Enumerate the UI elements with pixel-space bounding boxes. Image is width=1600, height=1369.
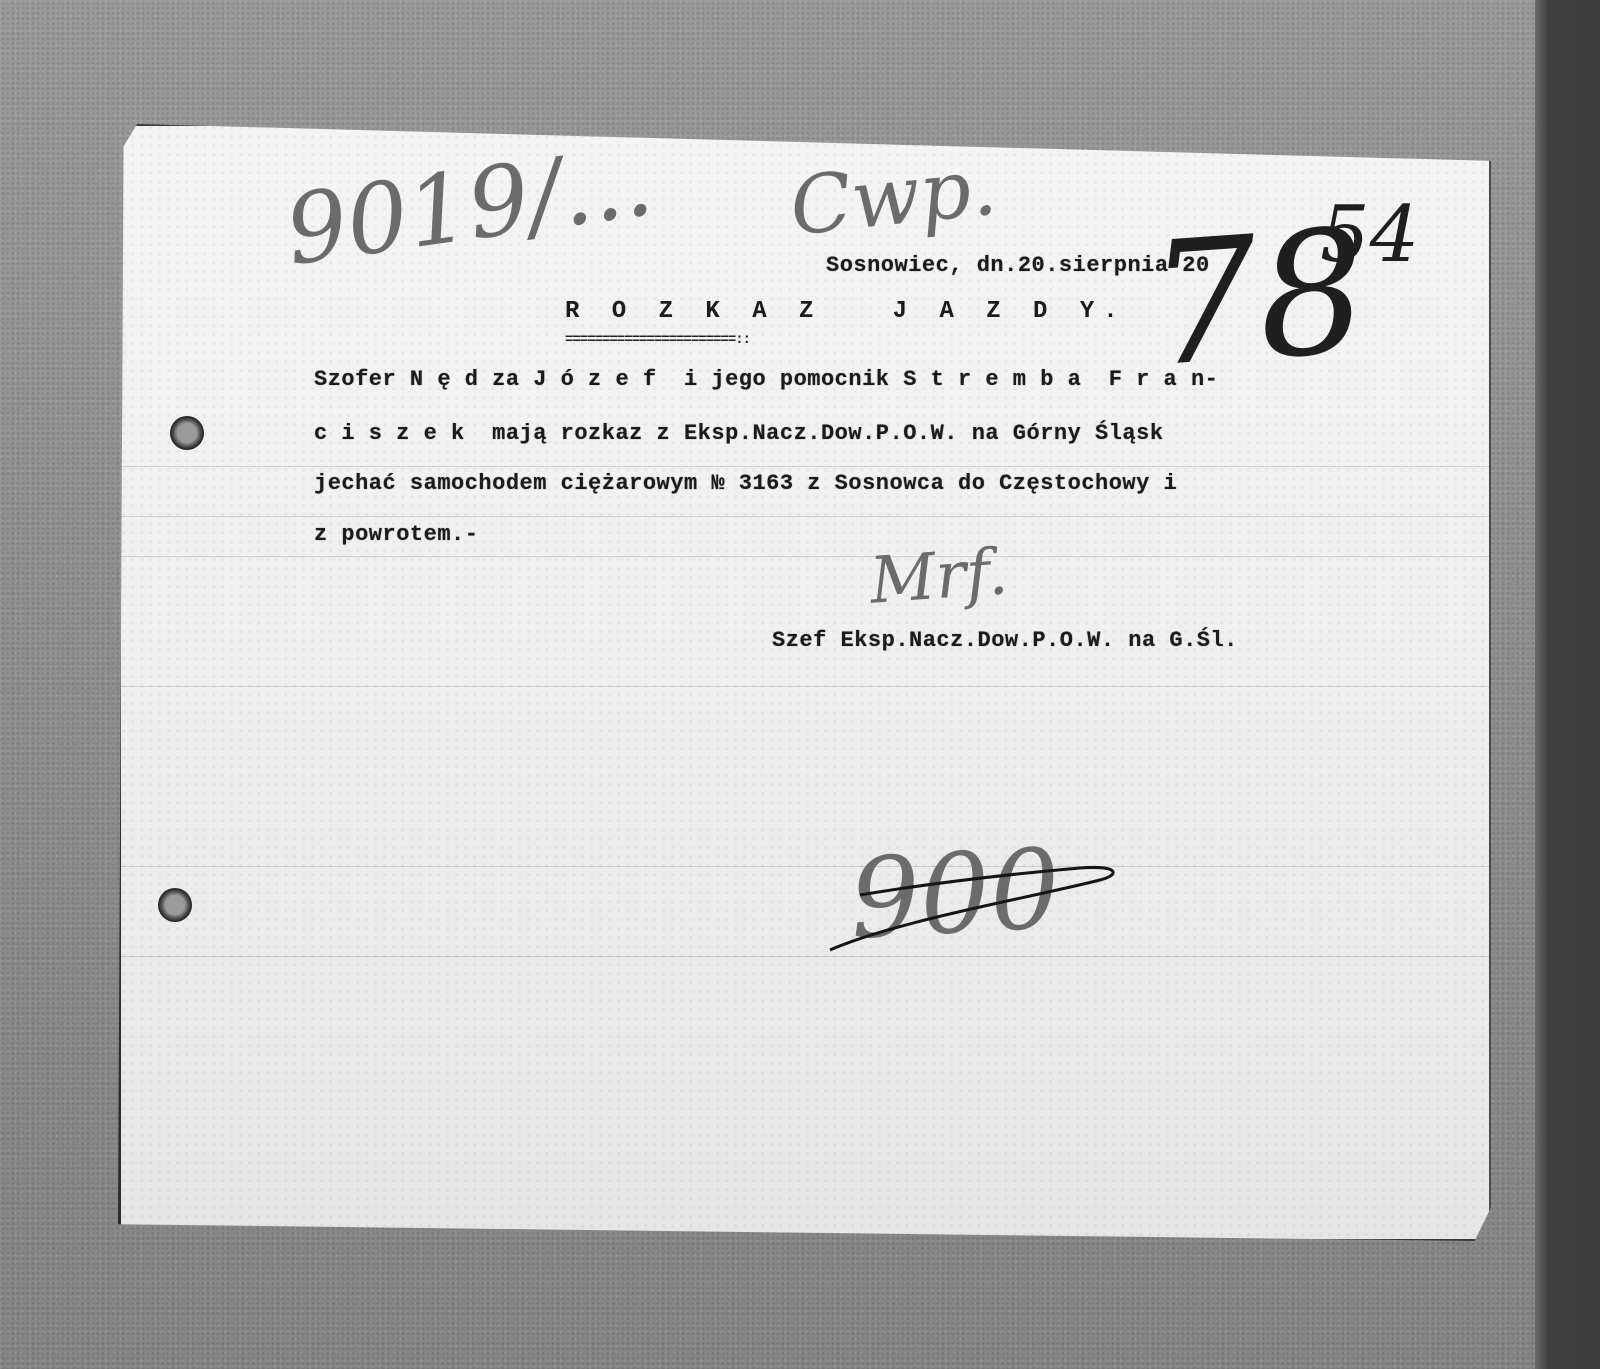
ruled-line [121, 866, 1489, 867]
document-title: R O Z K A Z J A Z D Y. [565, 298, 1127, 325]
ruled-line [121, 956, 1489, 957]
title-underline: =======================:: [565, 332, 750, 348]
place-date-line: Sosnowiec, dn.20.sierpnia 20 [826, 253, 1210, 278]
handwritten-page-number: 54 [1320, 190, 1419, 280]
punch-hole-top [170, 416, 204, 450]
body-line-3: jechać samochodem ciężarowym № 3163 z So… [314, 471, 1177, 496]
punch-hole-bottom [158, 888, 192, 922]
handwritten-signature: Mrf. [868, 535, 1011, 618]
ruled-line [121, 466, 1489, 467]
body-line-2: c i s z e k mają rozkaz z Eksp.Nacz.Dow.… [314, 421, 1164, 446]
scanner-edge-strip [1535, 0, 1600, 1369]
strike-through-scribble [820, 860, 1120, 960]
ruled-line [121, 556, 1489, 557]
body-line-4: z powrotem.- [314, 522, 478, 547]
body-line-1: Szofer N ę d za J ó z e f i jego pomocni… [314, 367, 1218, 392]
ruled-line [121, 516, 1489, 517]
signature-block: Szef Eksp.Nacz.Dow.P.O.W. na G.Śl. [772, 628, 1238, 653]
ruled-line [121, 686, 1489, 687]
